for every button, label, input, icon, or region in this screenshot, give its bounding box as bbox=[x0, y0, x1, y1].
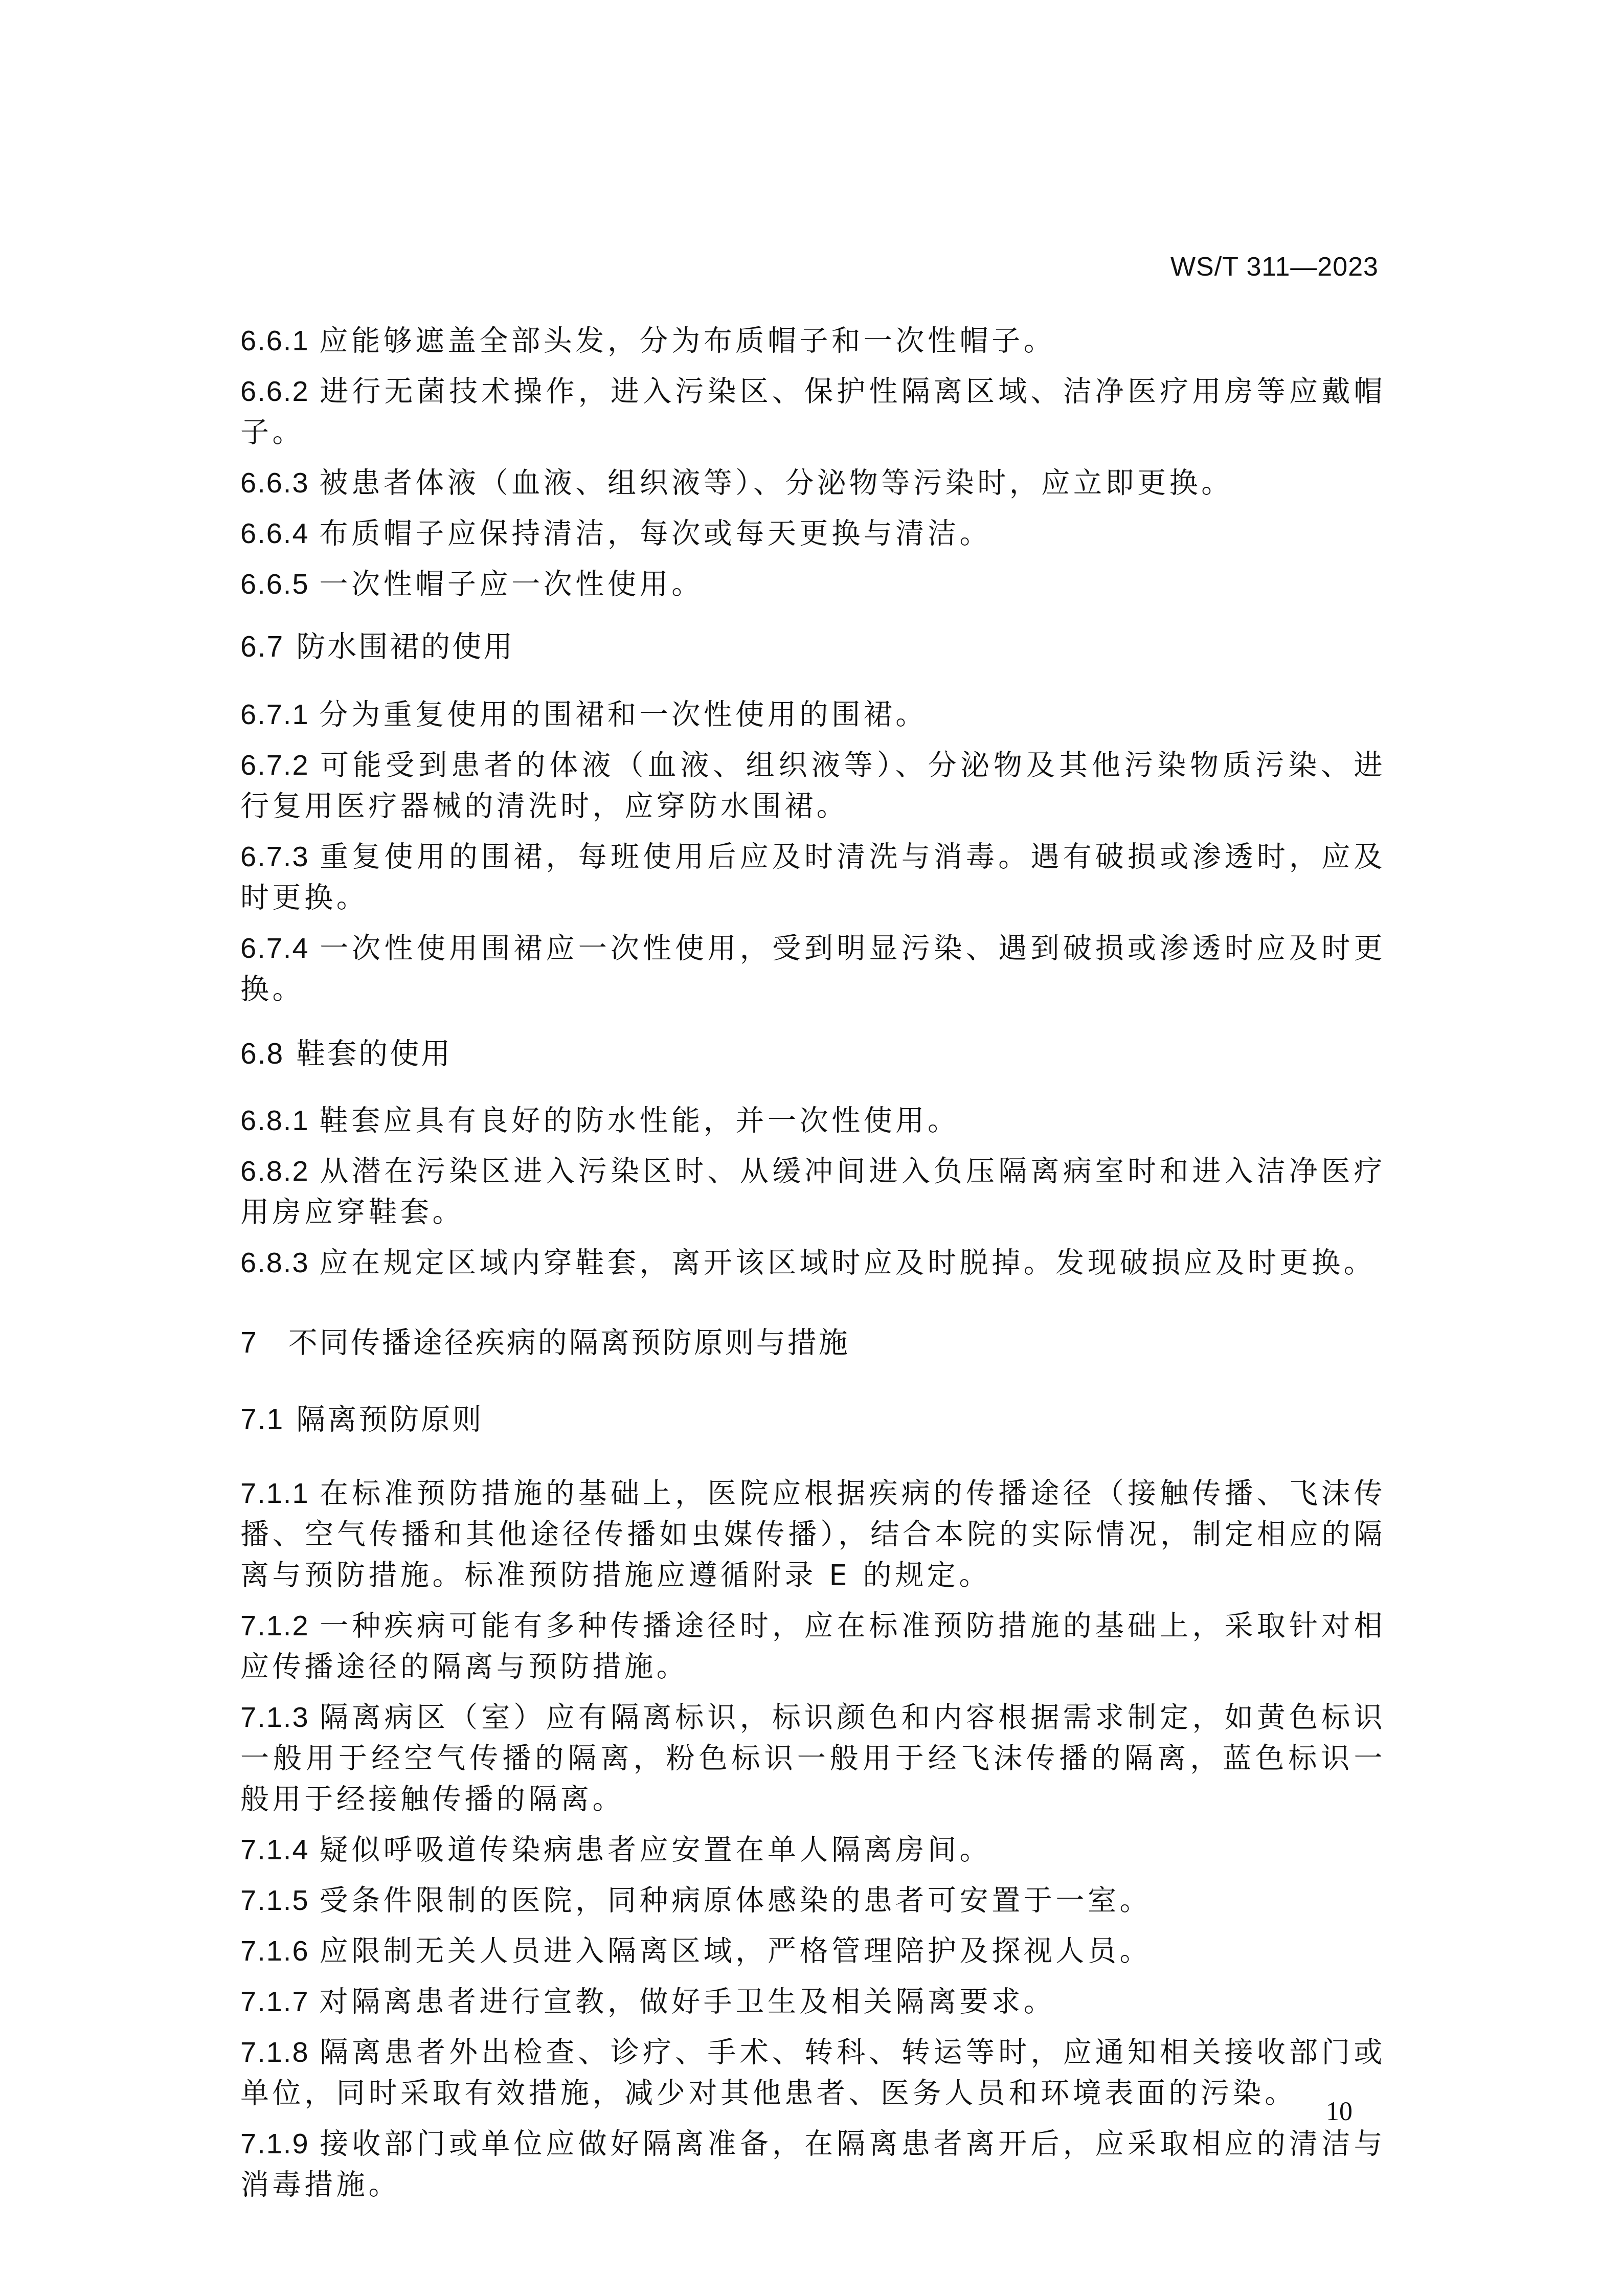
clause-number: 6.8.3 bbox=[240, 1246, 309, 1278]
clause-text: 受条件限制的医院，同种病原体感染的患者可安置于一室。 bbox=[320, 1884, 1152, 1917]
clause-number: 7.1.7 bbox=[240, 1985, 309, 2017]
clause-text: 从潜在污染区进入污染区时、从缓冲间进入负压隔离病室时和进入洁净医疗用房应穿鞋套。 bbox=[240, 1155, 1386, 1229]
clause-number: 7.1.2 bbox=[240, 1609, 309, 1641]
clause-text: 应能够遮盖全部头发，分为布质帽子和一次性帽子。 bbox=[320, 324, 1056, 357]
clause-number: 6.7.4 bbox=[240, 932, 309, 964]
clause-number: 6.6.1 bbox=[240, 324, 309, 356]
clause-number: 6.7.1 bbox=[240, 698, 309, 730]
clause-number: 6.6.5 bbox=[240, 568, 309, 600]
clause-text: 一种疾病可能有多种传播途径时，应在标准预防措施的基础上，采取针对相应传播途径的隔… bbox=[240, 1609, 1386, 1683]
clause-7-1-9: 7.1.9接收部门或单位应做好隔离准备，在隔离患者离开后，应采取相应的清洁与消毒… bbox=[240, 2123, 1386, 2205]
clause-6-7-1: 6.7.1分为重复使用的围裙和一次性使用的围裙。 bbox=[240, 694, 1386, 735]
section-heading-6-7: 6.7防水围裙的使用 bbox=[240, 626, 1386, 667]
clause-text: 疑似呼吸道传染病患者应安置在单人隔离房间。 bbox=[320, 1833, 992, 1866]
clause-text: 隔离病区（室）应有隔离标识，标识颜色和内容根据需求制定，如黄色标识一般用于经空气… bbox=[240, 1701, 1386, 1816]
clause-6-8-2: 6.8.2从潜在污染区进入污染区时、从缓冲间进入负压隔离病室时和进入洁净医疗用房… bbox=[240, 1151, 1386, 1233]
clause-6-7-2: 6.7.2可能受到患者的体液（血液、组织液等）、分泌物及其他污染物质污染、进行复… bbox=[240, 745, 1386, 827]
clause-text: 应在规定区域内穿鞋套，离开该区域时应及时脱掉。发现破损应及时更换。 bbox=[320, 1246, 1376, 1279]
clause-number: 6.7.2 bbox=[240, 749, 309, 781]
clause-7-1-6: 7.1.6应限制无关人员进入隔离区域，严格管理陪护及探视人员。 bbox=[240, 1930, 1386, 1972]
clause-text: 在标准预防措施的基础上，医院应根据疾病的传播途径（接触传播、飞沫传播、空气传播和… bbox=[240, 1477, 1386, 1592]
clause-text: 对隔离患者进行宣教，做好手卫生及相关隔离要求。 bbox=[320, 1985, 1056, 2018]
clause-number: 6.6.4 bbox=[240, 517, 309, 549]
clause-7-1-8: 7.1.8隔离患者外出检查、诊疗、手术、转科、转运等时，应通知相关接收部门或单位… bbox=[240, 2032, 1386, 2114]
clause-6-6-5: 6.6.5一次性帽子应一次性使用。 bbox=[240, 564, 1386, 605]
clause-6-8-1: 6.8.1鞋套应具有良好的防水性能，并一次性使用。 bbox=[240, 1100, 1386, 1141]
clause-number: 7.1.1 bbox=[240, 1477, 309, 1509]
section-title: 鞋套的使用 bbox=[296, 1037, 452, 1071]
clause-number: 6.6.2 bbox=[240, 375, 309, 407]
chapter-heading-7: 7不同传播途径疾病的隔离预防原则与措施 bbox=[240, 1322, 1386, 1363]
clause-text: 隔离患者外出检查、诊疗、手术、转科、转运等时，应通知相关接收部门或单位，同时采取… bbox=[240, 2036, 1386, 2110]
clause-number: 7.1.3 bbox=[240, 1701, 309, 1733]
chapter-number: 7 bbox=[240, 1326, 258, 1359]
clause-text: 分为重复使用的围裙和一次性使用的围裙。 bbox=[320, 698, 928, 731]
section-heading-6-8: 6.8鞋套的使用 bbox=[240, 1033, 1386, 1074]
clause-number: 7.1.5 bbox=[240, 1884, 309, 1916]
section-number: 6.8 bbox=[240, 1038, 284, 1070]
clause-7-1-4: 7.1.4疑似呼吸道传染病患者应安置在单人隔离房间。 bbox=[240, 1829, 1386, 1871]
clause-7-1-7: 7.1.7对隔离患者进行宣教，做好手卫生及相关隔离要求。 bbox=[240, 1981, 1386, 2022]
chapter-title: 不同传播途径疾病的隔离预防原则与措施 bbox=[288, 1326, 850, 1360]
page-number: 10 bbox=[1326, 2097, 1352, 2127]
clause-text: 一次性使用围裙应一次性使用，受到明显污染、遇到破损或渗透时应及时更换。 bbox=[240, 932, 1386, 1006]
clause-text: 接收部门或单位应做好隔离准备，在隔离患者离开后，应采取相应的清洁与消毒措施。 bbox=[240, 2127, 1386, 2201]
section-heading-7-1: 7.1隔离预防原则 bbox=[240, 1399, 1386, 1440]
clause-7-1-5: 7.1.5受条件限制的医院，同种病原体感染的患者可安置于一室。 bbox=[240, 1880, 1386, 1921]
clause-number: 6.6.3 bbox=[240, 466, 309, 499]
section-title: 防水围裙的使用 bbox=[296, 630, 514, 664]
clause-6-7-4: 6.7.4一次性使用围裙应一次性使用，受到明显污染、遇到破损或渗透时应及时更换。 bbox=[240, 928, 1386, 1010]
section-title: 隔离预防原则 bbox=[296, 1403, 483, 1436]
clause-7-1-2: 7.1.2一种疾病可能有多种传播途径时，应在标准预防措施的基础上，采取针对相应传… bbox=[240, 1605, 1386, 1687]
clause-text: 布质帽子应保持清洁，每次或每天更换与清洁。 bbox=[320, 517, 992, 550]
clause-7-1-3: 7.1.3隔离病区（室）应有隔离标识，标识颜色和内容根据需求制定，如黄色标识一般… bbox=[240, 1697, 1386, 1820]
clause-number: 7.1.9 bbox=[240, 2127, 309, 2159]
clause-number: 6.8.1 bbox=[240, 1104, 309, 1136]
clause-6-6-2: 6.6.2进行无菌技术操作，进入污染区、保护性隔离区域、洁净医疗用房等应戴帽子。 bbox=[240, 371, 1386, 453]
section-number: 6.7 bbox=[240, 631, 284, 663]
clause-number: 7.1.8 bbox=[240, 2036, 309, 2068]
clause-text: 应限制无关人员进入隔离区域，严格管理陪护及探视人员。 bbox=[320, 1934, 1152, 1968]
clause-6-8-3: 6.8.3应在规定区域内穿鞋套，离开该区域时应及时脱掉。发现破损应及时更换。 bbox=[240, 1242, 1386, 1284]
section-number: 7.1 bbox=[240, 1403, 284, 1436]
clause-text: 一次性帽子应一次性使用。 bbox=[320, 568, 704, 601]
clause-number: 7.1.6 bbox=[240, 1934, 309, 1967]
standard-code-header: WS/T 311—2023 bbox=[1170, 252, 1379, 282]
clause-6-6-4: 6.6.4布质帽子应保持清洁，每次或每天更换与清洁。 bbox=[240, 513, 1386, 554]
clause-7-1-1: 7.1.1在标准预防措施的基础上，医院应根据疾病的传播途径（接触传播、飞沫传播、… bbox=[240, 1473, 1386, 1596]
clause-text: 鞋套应具有良好的防水性能，并一次性使用。 bbox=[320, 1104, 960, 1137]
clause-number: 6.7.3 bbox=[240, 840, 309, 872]
clause-text: 可能受到患者的体液（血液、组织液等）、分泌物及其他污染物质污染、进行复用医疗器械… bbox=[240, 749, 1386, 823]
clause-6-7-3: 6.7.3重复使用的围裙，每班使用后应及时清洗与消毒。遇有破损或渗透时，应及时更… bbox=[240, 836, 1386, 918]
clause-6-6-3: 6.6.3被患者体液（血液、组织液等）、分泌物等污染时，应立即更换。 bbox=[240, 462, 1386, 504]
document-body: 6.6.1应能够遮盖全部头发，分为布质帽子和一次性帽子。 6.6.2进行无菌技术… bbox=[240, 316, 1386, 2205]
clause-number: 6.8.2 bbox=[240, 1155, 309, 1187]
clause-number: 7.1.4 bbox=[240, 1833, 309, 1865]
clause-text: 重复使用的围裙，每班使用后应及时清洗与消毒。遇有破损或渗透时，应及时更换。 bbox=[240, 840, 1386, 914]
clause-6-6-1: 6.6.1应能够遮盖全部头发，分为布质帽子和一次性帽子。 bbox=[240, 320, 1386, 362]
clause-text: 被患者体液（血液、组织液等）、分泌物等污染时，应立即更换。 bbox=[320, 466, 1233, 500]
clause-text: 进行无菌技术操作，进入污染区、保护性隔离区域、洁净医疗用房等应戴帽子。 bbox=[240, 375, 1386, 449]
